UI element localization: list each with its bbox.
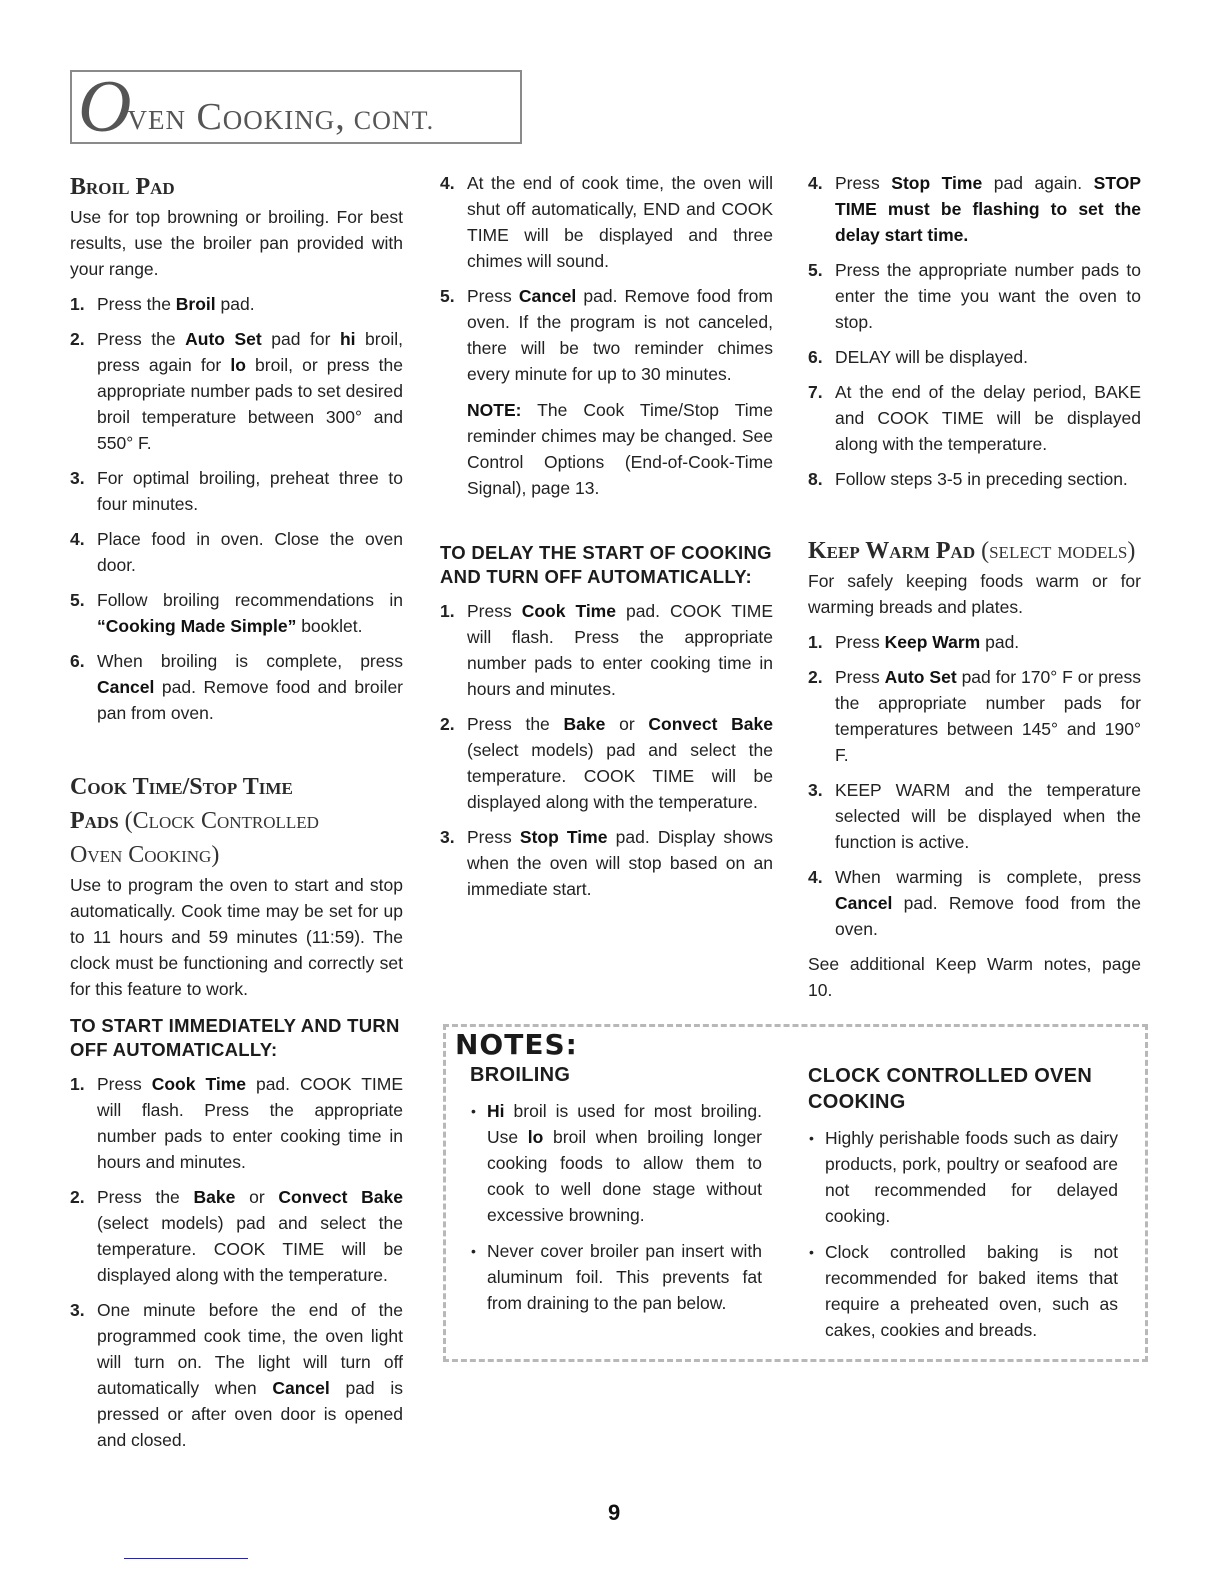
step-text: When broiling is complete, press — [97, 651, 403, 671]
step-text: Press — [467, 286, 519, 306]
step-bold: Stop Time — [891, 173, 982, 193]
start-immediately-steps-cont: 4.At the end of cook time, the oven will… — [440, 170, 773, 387]
step-number: 4. — [70, 526, 85, 552]
step-number: 3. — [70, 1297, 85, 1323]
list-item: 2.Press the Auto Set pad for hi broil, p… — [70, 326, 403, 456]
step-bold: Auto Set — [885, 667, 957, 687]
note-text: Clock controlled baking is not recommend… — [825, 1242, 1118, 1340]
broil-pad-heading: Broil Pad — [70, 170, 403, 204]
step-text: Press — [467, 601, 522, 621]
cook-time-heading: Cook Time/Stop Time Pads (Clock Controll… — [70, 770, 403, 872]
notes-broiling-list: •Hi broil is used for most broiling. Use… — [470, 1098, 762, 1316]
start-immediately-heading: TO START IMMEDIATELY AND TURN OFF AUTOMA… — [70, 1014, 403, 1062]
delay-start-heading: TO DELAY THE START OF COOKING AND TURN O… — [440, 541, 773, 589]
keep-warm-footer: See additional Keep Warm notes, page 10. — [808, 951, 1141, 1003]
delay-start-steps: 1.Press Cook Time pad. COOK TIME will fl… — [440, 598, 773, 902]
broil-pad-intro: Use for top browning or broiling. For be… — [70, 204, 403, 282]
right-column: 4.Press Stop Time pad again. STOP TIME m… — [808, 170, 1141, 1003]
step-text: (select models) pad and select the tempe… — [97, 1213, 403, 1285]
step-number: 2. — [70, 326, 85, 352]
step-number: 8. — [808, 466, 823, 492]
step-number: 4. — [808, 170, 823, 196]
list-item: •Clock controlled baking is not recommen… — [808, 1239, 1118, 1343]
list-item: 8.Follow steps 3-5 in preceding section. — [808, 466, 1141, 492]
step-number: 5. — [808, 257, 823, 283]
step-bold: Keep Warm — [885, 632, 981, 652]
step-text: Press — [835, 173, 891, 193]
delay-start-steps-cont: 4.Press Stop Time pad again. STOP TIME m… — [808, 170, 1141, 492]
list-item: •Never cover broiler pan insert with alu… — [470, 1238, 762, 1316]
step-number: 4. — [808, 864, 823, 890]
list-item: 4.At the end of cook time, the oven will… — [440, 170, 773, 274]
step-bold: Cancel — [519, 286, 576, 306]
step-number: 2. — [808, 664, 823, 690]
list-item: 7.At the end of the delay period, BAKE a… — [808, 379, 1141, 457]
step-bold: Convect Bake — [648, 714, 773, 734]
step-text: (select models) pad and select the tempe… — [467, 740, 773, 812]
note-bold: lo — [528, 1127, 544, 1147]
list-item: 1.Press the Broil pad. — [70, 291, 403, 317]
step-text: Press — [835, 632, 885, 652]
step-bold: Bake — [194, 1187, 236, 1207]
list-item: 5.Follow broiling recommendations in “Co… — [70, 587, 403, 639]
list-item: 6.DELAY will be displayed. — [808, 344, 1141, 370]
list-item: •Highly perishable foods such as dairy p… — [808, 1125, 1118, 1229]
list-item: 2.Press the Bake or Convect Bake (select… — [70, 1184, 403, 1288]
step-bold: Cook Time — [522, 601, 616, 621]
step-text: DELAY will be displayed. — [835, 347, 1028, 367]
notes-broiling: BROILING •Hi broil is used for most broi… — [470, 1062, 762, 1316]
step-number: 2. — [440, 711, 455, 737]
step-bold: Cook Time — [152, 1074, 246, 1094]
step-text: Press — [467, 827, 520, 847]
step-text: pad again. — [982, 173, 1093, 193]
notes-broiling-heading: BROILING — [470, 1062, 762, 1088]
step-text: When warming is complete, press — [835, 867, 1141, 887]
bullet-icon: • — [809, 1239, 814, 1265]
step-bold: Stop Time — [520, 827, 608, 847]
cook-time-heading-line2: (Clock Controlled — [119, 808, 319, 834]
list-item: 3.Press Stop Time pad. Display shows whe… — [440, 824, 773, 902]
cook-time-intro: Use to program the oven to start and sto… — [70, 872, 403, 1002]
page-title-initial: O — [78, 78, 131, 136]
step-number: 4. — [440, 170, 455, 196]
step-bold: Cancel — [835, 893, 892, 913]
notes-title: NOTES: — [455, 1028, 578, 1061]
step-number: 5. — [440, 283, 455, 309]
step-text: or — [605, 714, 648, 734]
step-number: 5. — [70, 587, 85, 613]
notes-clock-list: •Highly perishable foods such as dairy p… — [808, 1125, 1118, 1343]
notes-clock-controlled: CLOCK CONTROLLED OVEN COOKING •Highly pe… — [808, 1063, 1118, 1343]
step-number: 6. — [808, 344, 823, 370]
step-text: Follow steps 3-5 in preceding section. — [835, 469, 1128, 489]
bullet-icon: • — [471, 1098, 476, 1124]
list-item: 1.Press Cook Time pad. COOK TIME will fl… — [70, 1071, 403, 1175]
step-number: 7. — [808, 379, 823, 405]
step-text: Press the — [467, 714, 564, 734]
page-title: O ven Cooking, cont. — [70, 70, 522, 144]
list-item: 5.Press the appropriate number pads to e… — [808, 257, 1141, 335]
step-bold: “Cooking Made Simple” — [97, 616, 296, 636]
step-bold: Convect Bake — [278, 1187, 403, 1207]
keep-warm-heading-bold: Keep Warm Pad — [808, 538, 975, 564]
list-item: 2.Press the Bake or Convect Bake (select… — [440, 711, 773, 815]
step-bold: Broil — [176, 294, 216, 314]
list-item: 4.Press Stop Time pad again. STOP TIME m… — [808, 170, 1141, 248]
step-number: 6. — [70, 648, 85, 674]
list-item: 5.Press Cancel pad. Remove food from ove… — [440, 283, 773, 387]
keep-warm-heading-light: (select models) — [975, 538, 1135, 564]
step-number: 1. — [440, 598, 455, 624]
step-text: pad. — [980, 632, 1019, 652]
step-bold: Cancel — [97, 677, 154, 697]
page-title-text: ven Cooking, — [127, 98, 345, 136]
step-text: or — [235, 1187, 278, 1207]
step-text: Press — [97, 1074, 152, 1094]
step-text: KEEP WARM and the temperature selected w… — [835, 780, 1141, 852]
step-bold: lo — [230, 355, 246, 375]
step-bold: Cancel — [272, 1378, 329, 1398]
cook-time-note: NOTE: The Cook Time/Stop Time reminder c… — [440, 397, 773, 501]
step-text: Press — [835, 667, 885, 687]
list-item: •Hi broil is used for most broiling. Use… — [470, 1098, 762, 1228]
broil-pad-heading-text: Broil Pad — [70, 174, 175, 200]
step-number: 3. — [808, 777, 823, 803]
list-item: 2.Press Auto Set pad for 170° F or press… — [808, 664, 1141, 768]
bullet-icon: • — [809, 1125, 814, 1151]
step-number: 3. — [70, 465, 85, 491]
step-text: Follow broiling recommendations in — [97, 590, 403, 610]
keep-warm-intro: For safely keeping foods warm or for war… — [808, 568, 1141, 620]
list-item: 6.When broiling is complete, press Cance… — [70, 648, 403, 726]
step-text: pad for — [262, 329, 340, 349]
page-number: 9 — [608, 1500, 620, 1526]
list-item: 3.KEEP WARM and the temperature selected… — [808, 777, 1141, 855]
start-immediately-steps: 1.Press Cook Time pad. COOK TIME will fl… — [70, 1071, 403, 1453]
step-number: 1. — [808, 629, 823, 655]
step-text: For optimal broiling, preheat three to f… — [97, 468, 403, 514]
cook-time-heading-line3: Oven Cooking) — [70, 842, 219, 868]
note-text: Highly perishable foods such as dairy pr… — [825, 1128, 1118, 1226]
list-item: 1.Press Keep Warm pad. — [808, 629, 1141, 655]
step-text: booklet. — [296, 616, 362, 636]
keep-warm-steps: 1.Press Keep Warm pad. 2.Press Auto Set … — [808, 629, 1141, 942]
list-item: 1.Press Cook Time pad. COOK TIME will fl… — [440, 598, 773, 702]
step-bold: Bake — [564, 714, 606, 734]
middle-column: 4.At the end of cook time, the oven will… — [440, 170, 773, 902]
step-text: Press the appropriate number pads to ent… — [835, 260, 1141, 332]
notes-clock-heading: CLOCK CONTROLLED OVEN COOKING — [808, 1063, 1118, 1115]
step-text: pad. — [216, 294, 255, 314]
step-bold: Auto Set — [185, 329, 262, 349]
note-text: Never cover broiler pan insert with alum… — [487, 1241, 762, 1313]
step-text: At the end of the delay period, BAKE and… — [835, 382, 1141, 454]
list-item: 3.For optimal broiling, preheat three to… — [70, 465, 403, 517]
left-column: Broil Pad Use for top browning or broili… — [70, 170, 403, 1453]
step-text: Press the — [97, 329, 185, 349]
step-number: 3. — [440, 824, 455, 850]
step-number: 1. — [70, 291, 85, 317]
broil-pad-steps: 1.Press the Broil pad. 2.Press the Auto … — [70, 291, 403, 726]
list-item: 3.One minute before the end of the progr… — [70, 1297, 403, 1453]
step-text: Press the — [97, 1187, 194, 1207]
keep-warm-heading: Keep Warm Pad (select models) — [808, 534, 1141, 568]
page-title-cont: cont. — [354, 106, 434, 136]
list-item: 4.When warming is complete, press Cancel… — [808, 864, 1141, 942]
step-number: 2. — [70, 1184, 85, 1210]
note-label: NOTE: — [467, 400, 521, 420]
note-bold: Hi — [487, 1101, 505, 1121]
cook-time-heading-line2-bold: Pads — [70, 808, 119, 834]
step-text: Press the — [97, 294, 176, 314]
step-text: At the end of cook time, the oven will s… — [467, 173, 773, 271]
step-number: 1. — [70, 1071, 85, 1097]
list-item: 4.Place food in oven. Close the oven doo… — [70, 526, 403, 578]
step-bold: hi — [340, 329, 356, 349]
step-text: Place food in oven. Close the oven door. — [97, 529, 403, 575]
bullet-icon: • — [471, 1238, 476, 1264]
cook-time-heading-line1: Cook Time/Stop Time — [70, 774, 293, 800]
footer-link-underline[interactable] — [124, 1558, 248, 1559]
